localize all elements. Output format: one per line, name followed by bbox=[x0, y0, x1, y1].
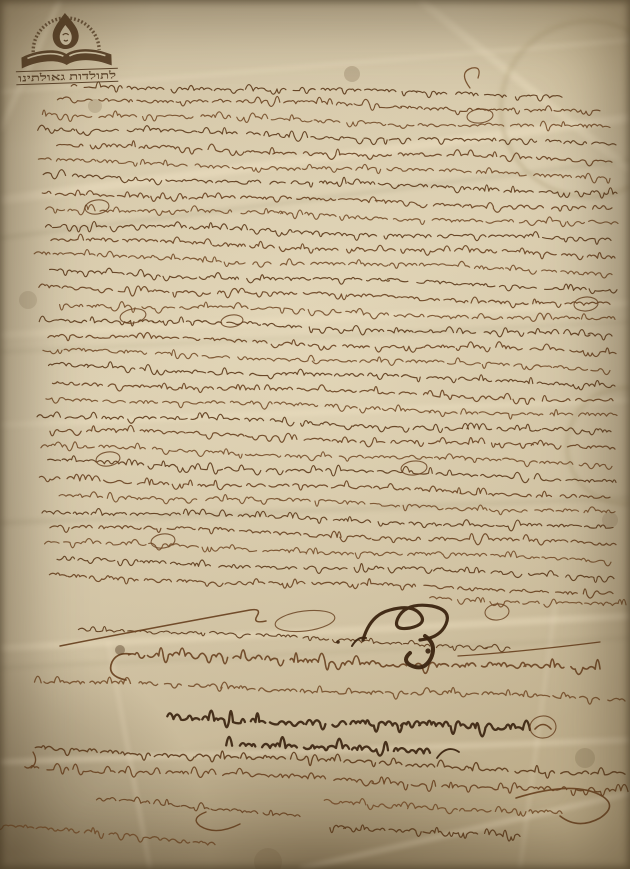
handwriting-line bbox=[324, 799, 562, 816]
handwriting-line bbox=[45, 539, 611, 566]
circled-word bbox=[150, 532, 176, 549]
handwriting-line bbox=[60, 302, 615, 322]
circled-word bbox=[220, 314, 243, 329]
ink-stain bbox=[115, 645, 125, 655]
handwriting-line bbox=[46, 221, 612, 244]
ink-dot bbox=[336, 640, 340, 644]
pen-flourish bbox=[516, 788, 610, 823]
handwriting-line bbox=[226, 737, 430, 756]
handwriting-line bbox=[50, 525, 616, 545]
archive-stamp: לתולדות גאולתינו bbox=[11, 3, 122, 87]
handwriting-line bbox=[39, 474, 610, 498]
manuscript-scan: לתולדות גאולתינו bbox=[0, 0, 630, 869]
handwriting-line bbox=[53, 382, 614, 405]
pen-flourish bbox=[464, 68, 479, 88]
handwriting-line bbox=[97, 797, 301, 816]
handwriting-line bbox=[167, 711, 530, 737]
circled-word bbox=[95, 450, 121, 467]
pen-flourish bbox=[437, 749, 459, 758]
handwriting-line bbox=[43, 348, 610, 374]
circled-word bbox=[466, 108, 493, 125]
handwriting-line bbox=[38, 158, 610, 183]
ink-stain bbox=[19, 291, 37, 309]
handwriting-line bbox=[430, 597, 626, 608]
pen-flourish bbox=[363, 605, 447, 640]
circled-word bbox=[529, 715, 556, 739]
handwriting-line bbox=[57, 141, 612, 166]
handwriting-line bbox=[46, 398, 617, 419]
ink-dot bbox=[425, 648, 430, 653]
pen-flourish bbox=[111, 654, 130, 680]
circled-word bbox=[573, 296, 598, 312]
circled-word bbox=[484, 603, 510, 621]
handwriting-line bbox=[42, 110, 610, 131]
handwriting-line bbox=[25, 764, 628, 796]
handwriting-line bbox=[129, 648, 600, 675]
circled-word bbox=[119, 307, 147, 325]
handwriting-line bbox=[48, 332, 616, 356]
handwriting-line bbox=[38, 125, 616, 145]
handwriting-line bbox=[330, 825, 520, 841]
handwriting-line bbox=[46, 205, 618, 227]
pen-flourish bbox=[458, 642, 600, 656]
handwriting-line bbox=[48, 456, 616, 483]
ink-stain bbox=[254, 848, 282, 869]
handwriting-line bbox=[35, 746, 625, 778]
handwriting-line bbox=[49, 573, 613, 598]
handwriting-line bbox=[51, 234, 615, 259]
handwriting-layer bbox=[0, 0, 630, 869]
circled-word bbox=[84, 198, 110, 215]
ink-stain bbox=[344, 66, 360, 82]
handwriting-line bbox=[50, 268, 617, 293]
handwriting-line bbox=[59, 492, 615, 515]
ink-stain bbox=[602, 512, 618, 528]
ink-stain bbox=[575, 748, 595, 768]
handwriting-line bbox=[57, 556, 614, 582]
handwriting-line bbox=[0, 825, 215, 845]
handwriting-line bbox=[35, 676, 626, 704]
pen-flourish bbox=[196, 812, 240, 831]
handwriting-line bbox=[71, 82, 562, 101]
circled-word bbox=[274, 607, 336, 634]
handwriting-line bbox=[37, 412, 611, 435]
handwriting-line bbox=[42, 190, 612, 212]
pen-flourish bbox=[535, 725, 551, 730]
ink-stain bbox=[88, 99, 102, 113]
